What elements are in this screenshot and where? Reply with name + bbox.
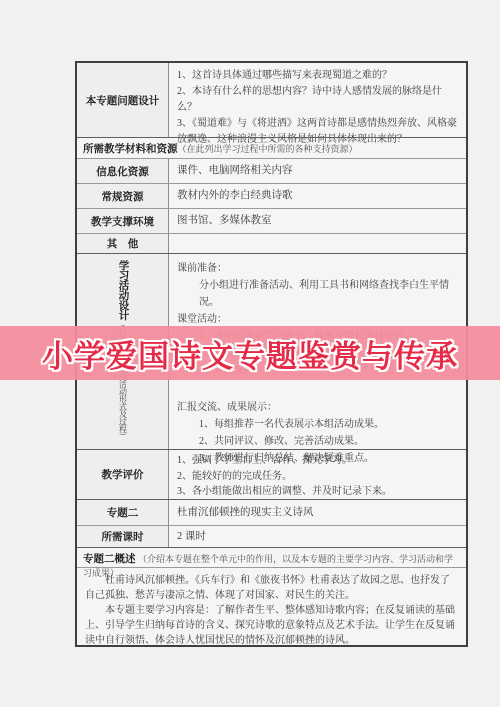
row-problem-design: 本专题问题设计 1、这首诗具体通过哪些描写来表现蜀道之难的？ 2、本诗有什么样的… [77, 63, 466, 137]
question-1: 1、这首诗具体通过哪些描写来表现蜀道之难的？ [177, 68, 458, 84]
activity-design-label-main: 学习活动设计 [118, 260, 129, 320]
row-hours: 所需课时 2 课时 [77, 525, 466, 547]
report-item-2: 2、共同评议、修改、完善活动成果。 [177, 433, 458, 450]
evaluation-item-1: 1、强调了学生自主、合作、探究学习。 [177, 453, 458, 469]
problem-design-questions: 1、这首诗具体通过哪些描写来表现蜀道之难的？ 2、本诗有什么样的思想内容？诗中诗… [169, 63, 466, 137]
row-overview-header: 专题二概述 （介绍本专题在整个单元中的作用，以及本专题的主要学习内容、学习活动和… [77, 547, 466, 567]
report-item-1: 1、每组推荐一名代表展示本组活动成果。 [177, 416, 458, 433]
title-banner-text: 小学爱国诗文专题鉴赏与传承 [42, 331, 458, 376]
overview-header-label: 专题二概述 [83, 554, 136, 565]
document-page: 本专题问题设计 1、这首诗具体通过哪些描写来表现蜀道之难的？ 2、本诗有什么样的… [0, 0, 500, 707]
row-overview-paragraphs: 杜甫诗风沉郁顿挫。《兵车行》和《旅夜书怀》杜甫表达了故园之思、也抒发了自己孤独、… [77, 567, 466, 645]
resource-environment-label: 教学支撑环境 [77, 209, 169, 233]
topic2-value: 杜甫沉郁顿挫的现实主义诗风 [169, 500, 466, 525]
resource-regular-label: 常规资源 [77, 184, 169, 208]
row-evaluation: 教学评价 1、强调了学生自主、合作、探究学习。 2、能较好的的完成任务。 3、各… [77, 449, 466, 499]
resource-other-value [169, 234, 466, 253]
problem-design-label: 本专题问题设计 [77, 63, 169, 137]
evaluation-label: 教学评价 [77, 450, 169, 499]
evaluation-item-2: 2、能较好的的完成任务。 [177, 469, 458, 485]
title-banner: 小学爱国诗文专题鉴赏与传承 [0, 326, 500, 380]
report-heading: 汇报交流、成果展示： [177, 399, 458, 416]
overview-paragraph-2: 本专题主要学习内容是：了解作者生平、整体感知诗歌内容；在反复诵读的基础上、引导学… [85, 603, 458, 648]
resource-environment-value: 图书馆、多媒体教室 [169, 209, 466, 233]
evaluation-items: 1、强调了学生自主、合作、探究学习。 2、能较好的的完成任务。 3、各小组能做出… [169, 450, 466, 499]
row-resource-regular: 常规资源 教材内外的李白经典诗歌 [77, 183, 466, 208]
row-resource-environment: 教学支撑环境 图书馆、多媒体教室 [77, 208, 466, 233]
resource-digital-label: 信息化资源 [77, 159, 169, 183]
prep-heading: 课前准备： [177, 260, 458, 277]
row-topic2: 专题二 杜甫沉郁顿挫的现实主义诗风 [77, 499, 466, 525]
row-materials-header: 所需教学材料和资源（在此列出学习过程中所需的各种支持资源） [77, 137, 466, 158]
row-resource-digital: 信息化资源 课件、电脑网络相关内容 [77, 158, 466, 183]
hours-value: 2 课时 [169, 526, 466, 547]
row-resource-other: 其 他 [77, 233, 466, 253]
topic2-label: 专题二 [77, 500, 169, 525]
question-2: 2、本诗有什么样的思想内容？诗中诗人感情发展的脉络是什么？ [177, 84, 458, 116]
resource-other-label: 其 他 [77, 234, 169, 253]
hours-label: 所需课时 [77, 526, 169, 547]
resource-regular-value: 教材内外的李白经典诗歌 [169, 184, 466, 208]
resource-digital-value: 课件、电脑网络相关内容 [169, 159, 466, 183]
materials-header-note: （在此列出学习过程中所需的各种支持资源） [178, 144, 358, 154]
prep-item-1: 分小组进行准备活动、利用工具书和网络查找李白生平情况。 [177, 277, 458, 311]
evaluation-item-3: 3、各小组能做出相应的调整、并及时记录下来。 [177, 484, 458, 500]
overview-paragraph-1: 杜甫诗风沉郁顿挫。《兵车行》和《旅夜书怀》杜甫表达了故园之思、也抒发了自己孤独、… [85, 573, 458, 603]
materials-header-label: 所需教学材料和资源 [83, 144, 178, 155]
